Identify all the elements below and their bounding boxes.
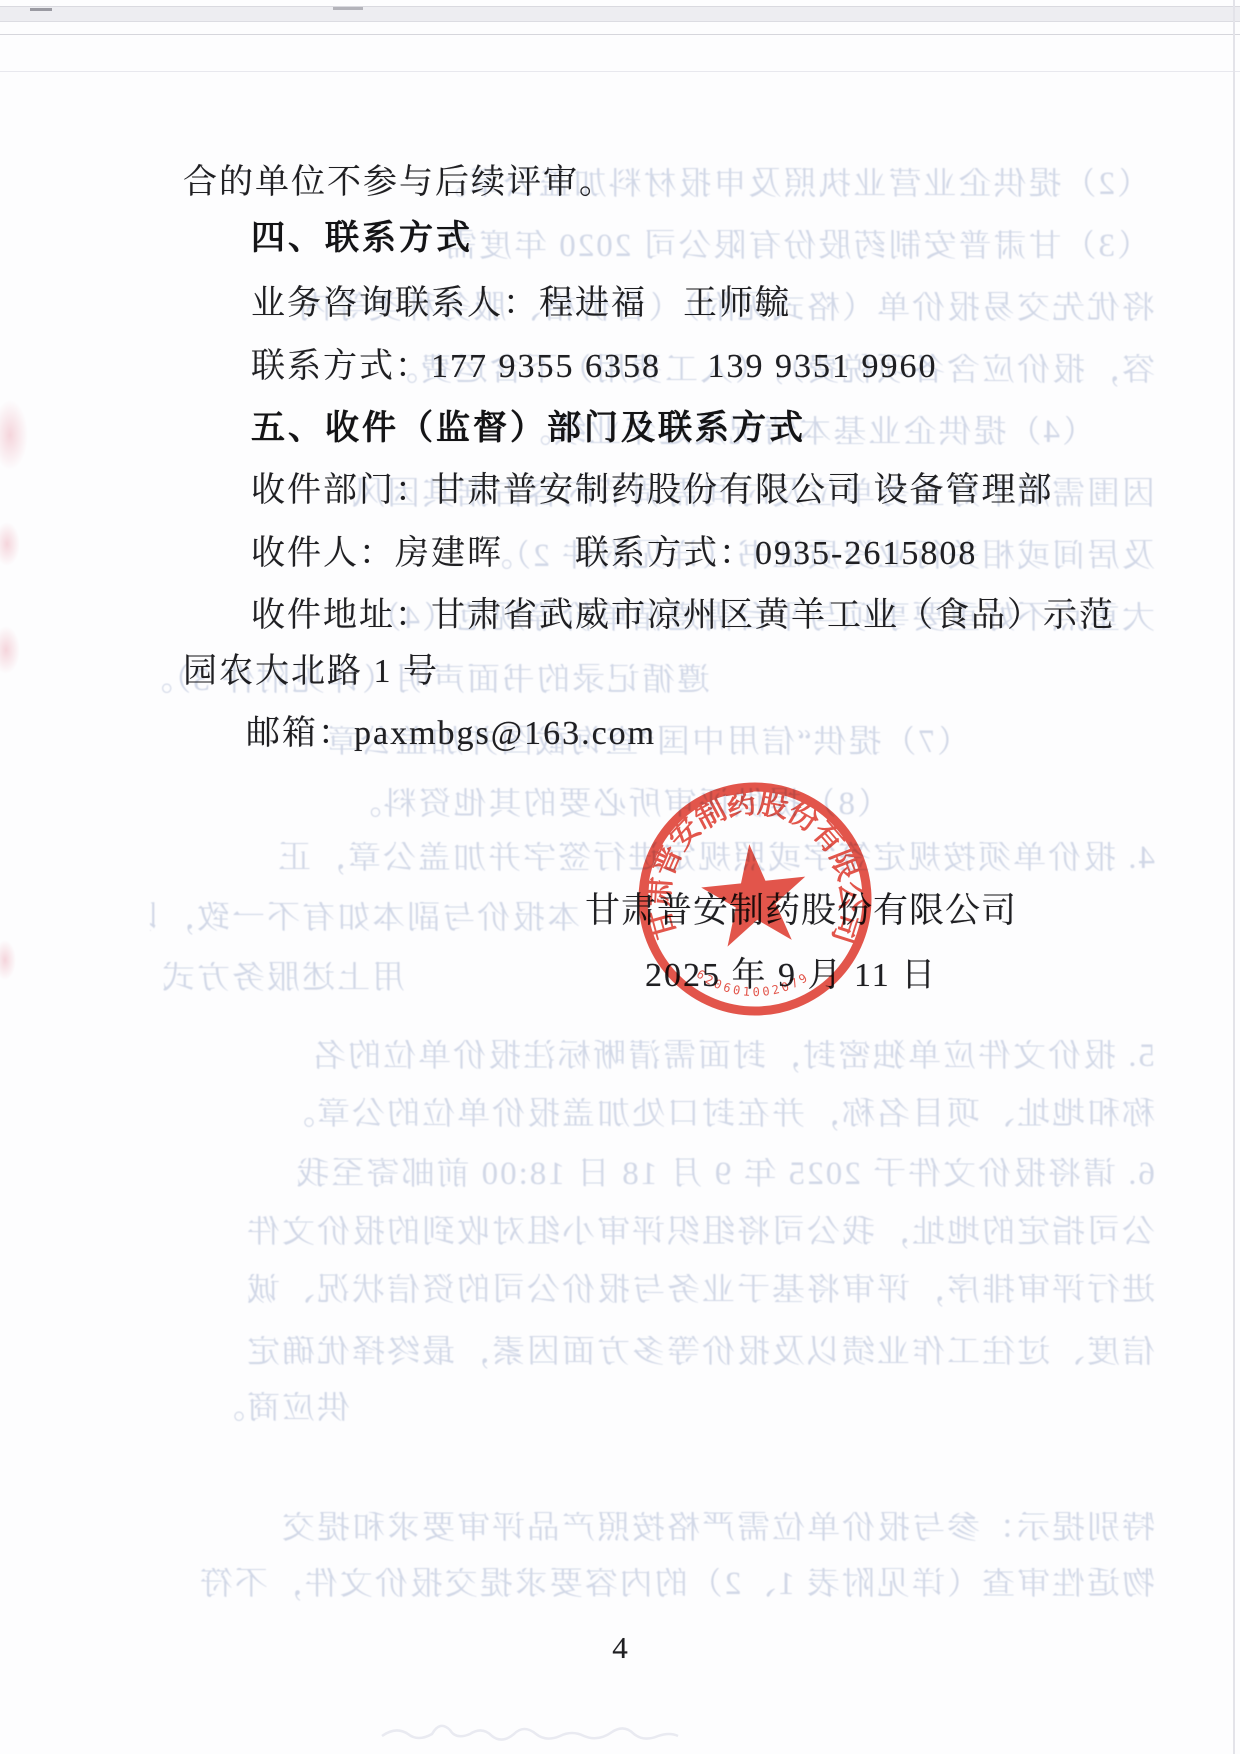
bleedthrough-layer: （2）提供企业营业执照及申报材料加盖公章。（3）甘肃普安制药股份有限公司 202… [0, 0, 1240, 1754]
scan-line [0, 34, 1240, 35]
recipient-address-line-2: 园农大北路 1 号 [183, 652, 439, 691]
paragraph-continuation-line: 合的单位不参与后续评审。 [183, 163, 615, 202]
section-heading-contact: 四、联系方式 [251, 219, 473, 258]
page-number: 4 [0, 1630, 1240, 1666]
bleedthrough-text-line: 进行评审排序，评审将基于业务与报价公司的资信状况、诚 [150, 1274, 1155, 1307]
email-line: 邮箱：paxmbgs@163.com [246, 714, 656, 753]
recipient-department-line: 收件部门：甘肃普安制药股份有限公司 设备管理部 [251, 471, 1054, 510]
recipient-person-line: 收件人：房建晖 联系方式：0935-2615808 [251, 534, 977, 573]
bleedthrough-text-line: 特别提示：参与报价单位需严格按照产品评审要求和提交 [150, 1512, 1155, 1545]
bleed-scribble [380, 1712, 680, 1746]
bleedthrough-text-line: 信度、过往工作业绩以及报价等多方面因素，最终择优确定 [150, 1336, 1155, 1369]
seal-star [697, 839, 811, 949]
bleedthrough-text-line: 公司指定的地址，我公司将组织评审小组对收到的报价文件 [150, 1216, 1155, 1249]
contact-phone-line: 联系方式：177 9355 6358 139 9351 9960 [251, 347, 938, 386]
bleedthrough-text-line: 本报价与副本如有不一致，以正本为准，并采 [150, 902, 580, 935]
section-heading-recipient: 五、收件（监督）部门及联系方式 [251, 409, 806, 448]
scan-line [0, 71, 1240, 72]
bleedthrough-text-line: （3）甘肃普安制药股份有限公司 2020 年度需 [360, 230, 1150, 263]
bleedthrough-text-line: 物适性审查（详见附表 1、2）的内容要求提交报价文件，不符 [150, 1568, 1155, 1601]
scan-edge-band [0, 6, 1240, 22]
svg-text:620601002079: 620601002079 [694, 967, 812, 999]
contact-person-line: 业务咨询联系人：程进福 王师毓 [251, 284, 791, 323]
bleedthrough-text-line: 5. 报价文件应单独密封，封面需清晰标注报价单位的名 [150, 1040, 1155, 1073]
scan-speck [333, 7, 363, 10]
scan-speck [30, 8, 52, 11]
bleedthrough-text-line: 称和地址、项目名称，并在封口处加盖报价单位的公章。 [150, 1098, 1155, 1131]
paper-edge-line [1233, 0, 1235, 1754]
bleedthrough-text-line: 供应商。 [150, 1392, 350, 1425]
bleedthrough-text-line: 用上述服务方式 [150, 962, 405, 995]
company-seal: 甘肃普安制药股份有限公司 620601002079 [632, 776, 878, 1022]
recipient-address-line-1: 收件地址：甘肃省武威市凉州区黄羊工业（食品）示范 [251, 596, 1115, 635]
bleedthrough-text-line: 6. 请将报价文件于 2025 年 9 月 18 日 18:00 前邮寄至我 [150, 1158, 1155, 1191]
seal-serial-number: 620601002079 [694, 967, 812, 999]
scanned-page: { "document": { "intro_line": "合的单位不参与后续… [0, 0, 1240, 1754]
